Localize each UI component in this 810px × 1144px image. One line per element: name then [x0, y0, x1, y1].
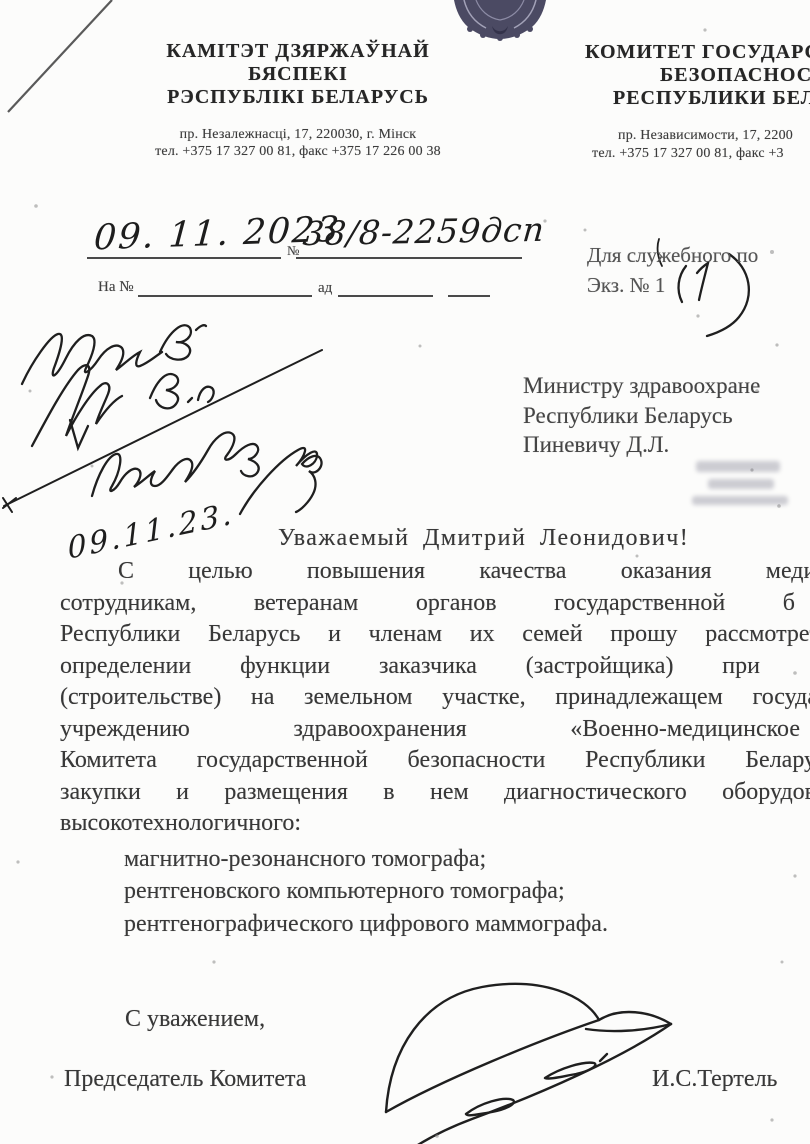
org-title-be-line3: РЭСПУБЛІКІ БЕЛАРУСЬ: [128, 86, 468, 109]
org-address-be-line1: пр. Незалежнасці, 17, 220030, г. Мінск: [128, 126, 468, 143]
classification-line: Для служебного по: [587, 243, 758, 268]
org-title-ru-line2: БЕЗОПАСНОС: [660, 64, 810, 87]
received-date-annotation: 09.11.23.: [67, 496, 236, 567]
equipment-item-1: магнитно-резонансного томографа;: [124, 846, 486, 873]
equipment-item-2: рентгеновского компьютерного томографа;: [124, 878, 565, 905]
org-title-be-line2: БЯСПЕКІ: [128, 63, 468, 86]
ad-label: ад: [318, 280, 332, 297]
org-address-ru-line2: тел. +375 17 327 00 81, факс +3: [592, 146, 784, 162]
body-line-1: С целью повышения качества оказания меди…: [118, 558, 810, 588]
recipient-line2: Республики Беларусь: [523, 401, 733, 430]
belarus-state-emblem-icon: [454, 0, 546, 41]
approval-scrawl-2: [32, 365, 214, 448]
org-address-be-line2: тел. +375 17 327 00 81, факс +375 17 226…: [128, 143, 468, 160]
approval-scrawl-4: [240, 448, 322, 514]
chairman-signature: [386, 984, 671, 1144]
body-line-2: сотрудникам, ветеранам органов государст…: [60, 590, 795, 620]
org-title-ru-line1: КОМИТЕТ ГОСУДАРС: [585, 41, 810, 64]
copy-number-line: Экз. № 1: [587, 273, 665, 298]
na-no-label: На №: [98, 279, 134, 296]
ink-smudge: [690, 458, 802, 508]
body-line-5: (строительстве) на земельном участке, пр…: [60, 684, 810, 714]
outgoing-number-handwritten: 38/8-2259дсп: [301, 210, 546, 253]
number-underline: [296, 257, 522, 259]
scanned-letter-page: { "letterhead": { "emblem_icon": "belaru…: [0, 0, 810, 1144]
body-line-8: закупки и размещения в нем диагностическ…: [60, 779, 810, 809]
scan-corner-line: [8, 0, 112, 112]
body-line-7: Комитета государственной безопасности Ре…: [60, 747, 810, 777]
body-line-4: определении функции заказчика (застройщи…: [60, 653, 760, 683]
na-no-underline: [138, 295, 312, 297]
org-address-ru-line1: пр. Независимости, 17, 2200: [618, 128, 793, 144]
ad-underline-1: [338, 295, 433, 297]
equipment-item-3: рентгенографического цифрового маммограф…: [124, 911, 608, 938]
approval-scrawl-1: [22, 325, 206, 384]
signer-name: И.С.Тертель: [652, 1066, 777, 1093]
letterhead-left-block: КАМІТЭТ ДЗЯРЖАЎНАЙ БЯСПЕКІ РЭСПУБЛІКІ БЕ…: [128, 40, 468, 160]
body-line-3: Республики Беларусь и членам их семей пр…: [60, 621, 810, 651]
signer-position: Председатель Комитета: [64, 1066, 306, 1093]
approval-scrawl-3: [92, 432, 259, 496]
date-underline: [87, 257, 281, 259]
salutation: Уважаемый Дмитрий Леонидович!: [278, 525, 689, 552]
diagonal-strike-line: [3, 350, 322, 512]
body-line-6: учреждению здравоохранения «Военно-медиц…: [60, 716, 800, 746]
ad-underline-2: [448, 295, 490, 297]
recipient-line1: Министру здравоохране: [523, 371, 760, 400]
closing-phrase: С уважением,: [125, 1006, 265, 1033]
body-line-9: высокотехнологичного:: [60, 810, 301, 837]
org-title-ru-line3: РЕСПУБЛИКИ БЕЛ: [613, 87, 810, 110]
org-title-be-line1: КАМІТЭТ ДЗЯРЖАЎНАЙ: [128, 40, 468, 63]
recipient-line3: Пиневичу Д.Л.: [523, 430, 669, 459]
